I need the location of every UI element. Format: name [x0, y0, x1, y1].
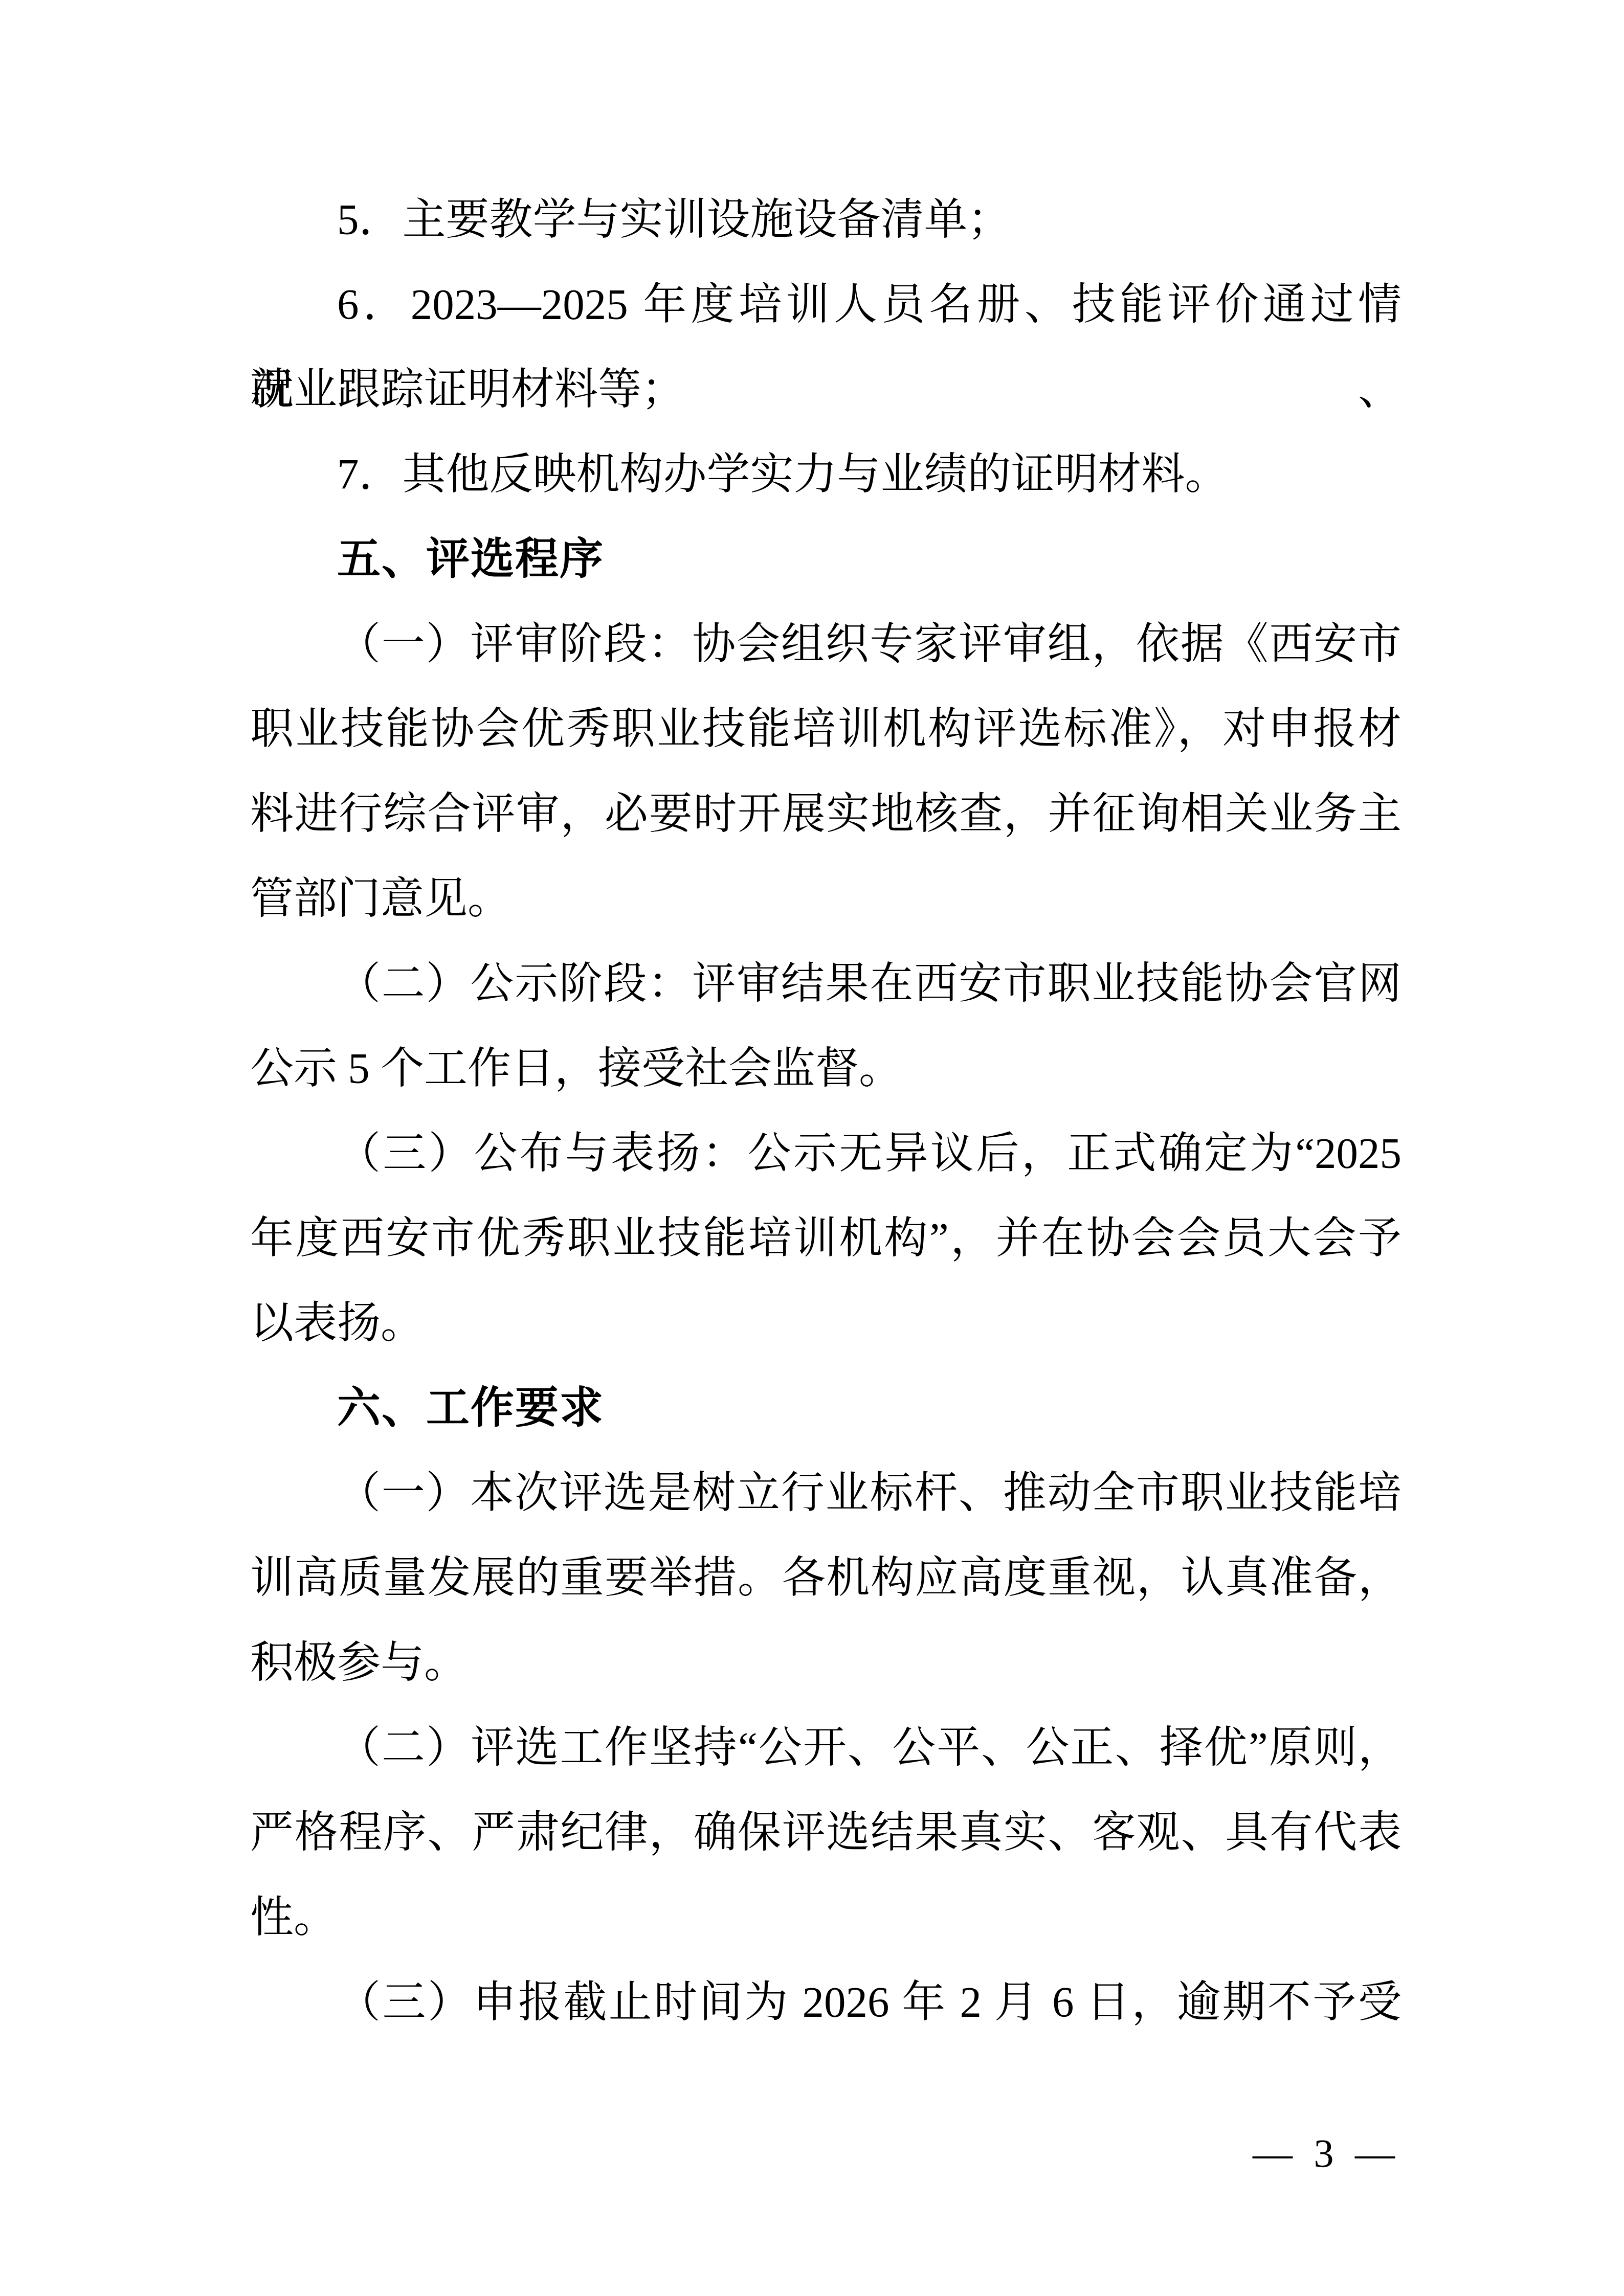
page-number: — 3 —	[1253, 2111, 1395, 2196]
para-6-1-line1: （一）本次评选是树立行业标杆、推动全市职业技能培	[250, 1451, 1401, 1536]
document-page: 5．主要教学与实训设施设备清单； 6．2023—2025 年度培训人员名册、技能…	[0, 0, 1624, 2296]
para-5-3-line2: 年度西安市优秀职业技能培训机构”，并在协会会员大会予	[250, 1196, 1401, 1281]
para-6-2-line1: （二）评选工作坚持“公开、公平、公正、择优”原则，	[250, 1705, 1401, 1790]
para-6-1-line3: 积极参与。	[250, 1620, 1401, 1705]
list-item-5: 5．主要教学与实训设施设备清单；	[250, 177, 1401, 262]
para-5-1-line3: 料进行综合评审，必要时开展实地核查，并征询相关业务主	[250, 772, 1401, 857]
para-5-2-line2: 公示 5 个工作日，接受社会监督。	[250, 1026, 1401, 1111]
para-6-3-line1: （三）申报截止时间为 2026 年 2 月 6 日，逾期不予受	[250, 1960, 1401, 2045]
heading-section-6: 六、工作要求	[250, 1366, 1401, 1451]
para-5-3-line1: （三）公布与表扬：公示无异议后，正式确定为“2025	[250, 1111, 1401, 1196]
para-5-1-line2: 职业技能协会优秀职业技能培训机构评选标准》，对申报材	[250, 687, 1401, 772]
para-6-2-line2: 严格程序、严肃纪律，确保评选结果真实、客观、具有代表	[250, 1790, 1401, 1875]
para-5-1-line4: 管部门意见。	[250, 857, 1401, 941]
list-item-7: 7．其他反映机构办学实力与业绩的证明材料。	[250, 432, 1401, 517]
list-item-6-line1: 6．2023—2025 年度培训人员名册、技能评价通过情况、	[250, 262, 1401, 347]
para-6-2-line3: 性。	[250, 1875, 1401, 1960]
document-body: 5．主要教学与实训设施设备清单； 6．2023—2025 年度培训人员名册、技能…	[250, 177, 1401, 2045]
heading-section-5: 五、评选程序	[250, 517, 1401, 602]
para-5-2-line1: （二）公示阶段：评审结果在西安市职业技能协会官网	[250, 941, 1401, 1026]
para-6-1-line2: 训高质量发展的重要举措。各机构应高度重视，认真准备，	[250, 1536, 1401, 1620]
para-5-1-line1: （一）评审阶段：协会组织专家评审组，依据《西安市	[250, 602, 1401, 687]
para-5-3-line3: 以表扬。	[250, 1281, 1401, 1366]
